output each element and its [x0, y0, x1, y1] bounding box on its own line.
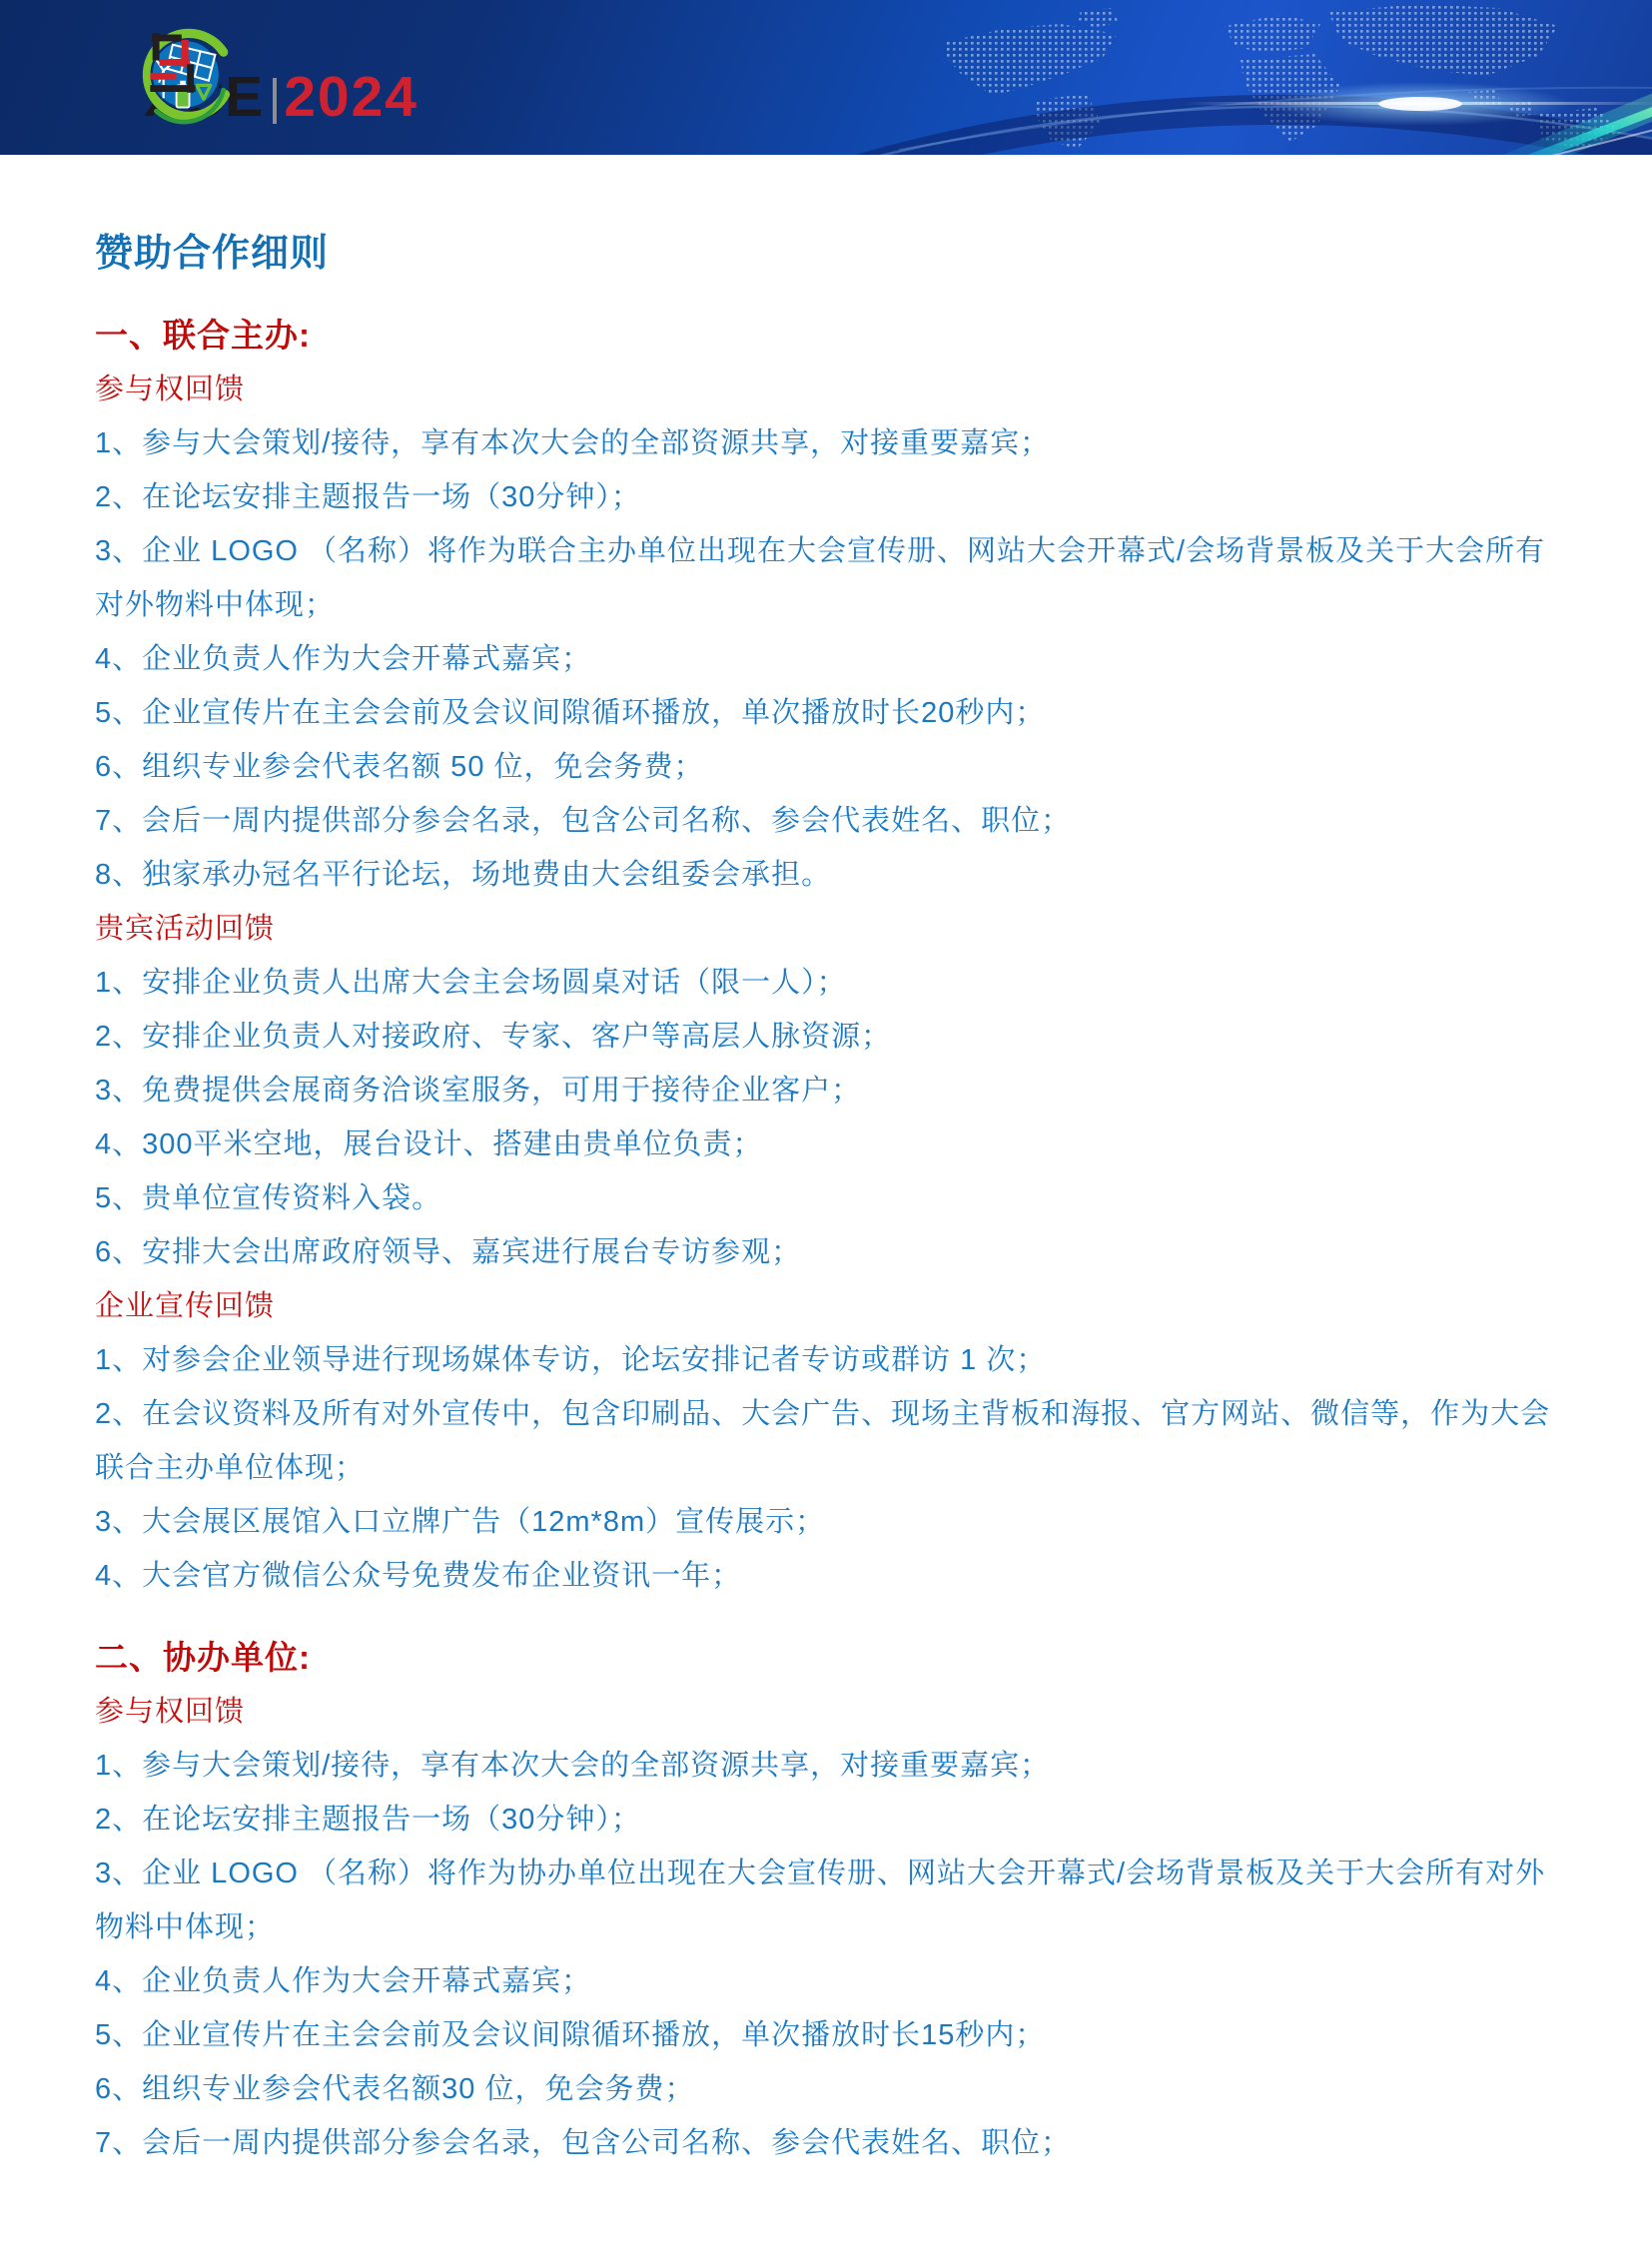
list-item: 1、对参会企业领导进行现场媒体专访，论坛安排记者专访或群访 1 次；: [95, 1333, 1557, 1387]
list-item: 3、企业 LOGO （名称）将作为联合主办单位出现在大会宣传册、网站大会开幕式/…: [95, 524, 1557, 632]
section-heading-co-organizer: 二、协办单位:: [95, 1631, 1557, 1685]
list-item: 2、在论坛安排主题报告一场（30分钟）；: [95, 1793, 1557, 1847]
list-item: 5、企业宣传片在主会会前及会议间隙循环播放，单次播放时长15秒内；: [95, 2008, 1557, 2062]
document-body: 赞助合作细则 一、联合主办: 参与权回馈 1、参与大会策划/接待，享有本次大会的…: [0, 227, 1652, 2170]
conference-logo: XCE 2024: [136, 26, 418, 130]
subsection-heading-vip: 贵宾活动回馈: [95, 902, 1557, 956]
subsection-heading-publicity: 企业宣传回馈: [95, 1279, 1557, 1333]
list-item: 1、参与大会策划/接待，享有本次大会的全部资源共享，对接重要嘉宾；: [95, 416, 1557, 470]
list-item: 4、企业负责人作为大会开幕式嘉宾；: [95, 632, 1557, 686]
logo-text-year: 2024: [284, 69, 418, 126]
list-item: 1、参与大会策划/接待，享有本次大会的全部资源共享，对接重要嘉宾；: [95, 1739, 1557, 1793]
page: XCE 2024 赞助合作细则 一、联合主办: 参与权回馈 1、参与大会策划/接…: [0, 0, 1652, 2241]
page-header-banner: XCE 2024: [0, 0, 1652, 155]
list-item: 3、大会展区展馆入口立牌广告（12m*8m）宣传展示；: [95, 1495, 1557, 1549]
list-item: 2、在会议资料及所有对外宣传中，包含印刷品、大会广告、现场主背板和海报、官方网站…: [95, 1387, 1557, 1495]
list-item: 6、组织专业参会代表名额 50 位，免会务费；: [95, 740, 1557, 794]
list-item: 5、贵单位宣传资料入袋。: [95, 1171, 1557, 1225]
list-item: 2、在论坛安排主题报告一场（30分钟）；: [95, 470, 1557, 524]
list-item: 7、会后一周内提供部分参会名录，包含公司名称、参会代表姓名、职位；: [95, 2116, 1557, 2170]
list-item: 4、300平米空地，展台设计、搭建由贵单位负责；: [95, 1118, 1557, 1171]
list-item: 6、组织专业参会代表名额30 位，免会务费；: [95, 2062, 1557, 2116]
list-item: 4、企业负责人作为大会开幕式嘉宾；: [95, 1954, 1557, 2008]
list-item: 3、企业 LOGO （名称）将作为协办单位出现在大会宣传册、网站大会开幕式/会场…: [95, 1847, 1557, 1954]
logo-separator: [273, 78, 277, 124]
list-item: 7、会后一周内提供部分参会名录，包含公司名称、参会代表姓名、职位；: [95, 794, 1557, 848]
list-item: 1、安排企业负责人出席大会主会场圆桌对话（限一人）；: [95, 956, 1557, 1010]
list-item: 5、企业宣传片在主会会前及会议间隙循环播放，单次播放时长20秒内；: [95, 686, 1557, 740]
list-item: 6、安排大会出席政府领导、嘉宾进行展台专访参观；: [95, 1225, 1557, 1279]
list-item: 2、安排企业负责人对接政府、专家、客户等高层人脉资源；: [95, 1010, 1557, 1064]
list-item: 3、免费提供会展商务洽谈室服务，可用于接待企业客户；: [95, 1064, 1557, 1118]
section-heading-joint-host: 一、联合主办:: [95, 309, 1557, 363]
list-item: 4、大会官方微信公众号免费发布企业资讯一年；: [95, 1549, 1557, 1603]
subsection-heading-participation: 参与权回馈: [95, 363, 1557, 416]
subsection-heading-participation-2: 参与权回馈: [95, 1685, 1557, 1739]
sxce-logo-mark-icon: [150, 26, 196, 102]
list-item: 8、独家承办冠名平行论坛，场地费由大会组委会承担。: [95, 848, 1557, 902]
page-title: 赞助合作细则: [95, 227, 1557, 281]
